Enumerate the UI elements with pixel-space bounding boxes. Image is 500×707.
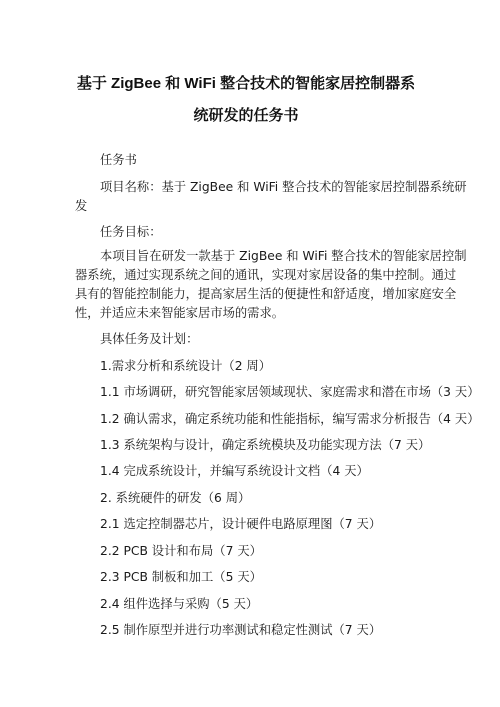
plan-item: 2.1 选定控制器芯片，设计硬件电路原理图（7 天） <box>75 515 417 534</box>
plan-item: 2.3 PCB 制板和加工（5 天） <box>75 568 417 587</box>
document-title-line2: 统研发的任务书 <box>75 104 417 125</box>
goal-paragraph-line: 器系统，通过实现系统之间的通讯，实现对家居设备的集中控制。通过 <box>75 266 417 285</box>
plan-item: 2. 系统硬件的研发（6 周） <box>75 489 417 508</box>
goal-paragraph-line: 性，并适应未来智能家居市场的需求。 <box>75 304 417 323</box>
plan-label: 具体任务及计划： <box>75 330 417 349</box>
project-name-line1: 项目名称：基于 ZigBee 和 WiFi 整合技术的智能家居控制器系统研 <box>75 178 417 197</box>
plan-item: 1.2 确认需求，确定系统功能和性能指标，编写需求分析报告（4 天） <box>75 410 417 429</box>
plan-item: 1.4 完成系统设计，并编写系统设计文档（4 天） <box>75 462 417 481</box>
plan-item: 2.4 组件选择与采购（5 天） <box>75 595 417 614</box>
document-title-line1: 基于 ZigBee 和 WiFi 整合技术的智能家居控制器系 <box>75 72 417 93</box>
goal-paragraph-line: 本项目旨在研发一款基于 ZigBee 和 WiFi 整合技术的智能家居控制 <box>75 247 417 266</box>
project-name-line2: 发 <box>75 197 417 216</box>
goal-paragraph: 本项目旨在研发一款基于 ZigBee 和 WiFi 整合技术的智能家居控制 器系… <box>75 247 417 323</box>
plan-item: 1.需求分析和系统设计（2 周） <box>75 357 417 376</box>
section-heading: 任务书 <box>75 151 417 170</box>
goal-paragraph-line: 具有的智能控制能力，提高家居生活的便捷性和舒适度，增加家庭安全 <box>75 285 417 304</box>
plan-item: 2.5 制作原型并进行功率测试和稳定性测试（7 天） <box>75 621 417 640</box>
goal-label: 任务目标： <box>75 223 417 242</box>
plan-item: 2.2 PCB 设计和布局（7 天） <box>75 542 417 561</box>
plan-item: 1.1 市场调研，研究智能家居领域现状、家庭需求和潜在市场（3 天） <box>75 383 417 402</box>
plan-item: 1.3 系统架构与设计，确定系统模块及功能实现方法（7 天） <box>75 436 417 455</box>
